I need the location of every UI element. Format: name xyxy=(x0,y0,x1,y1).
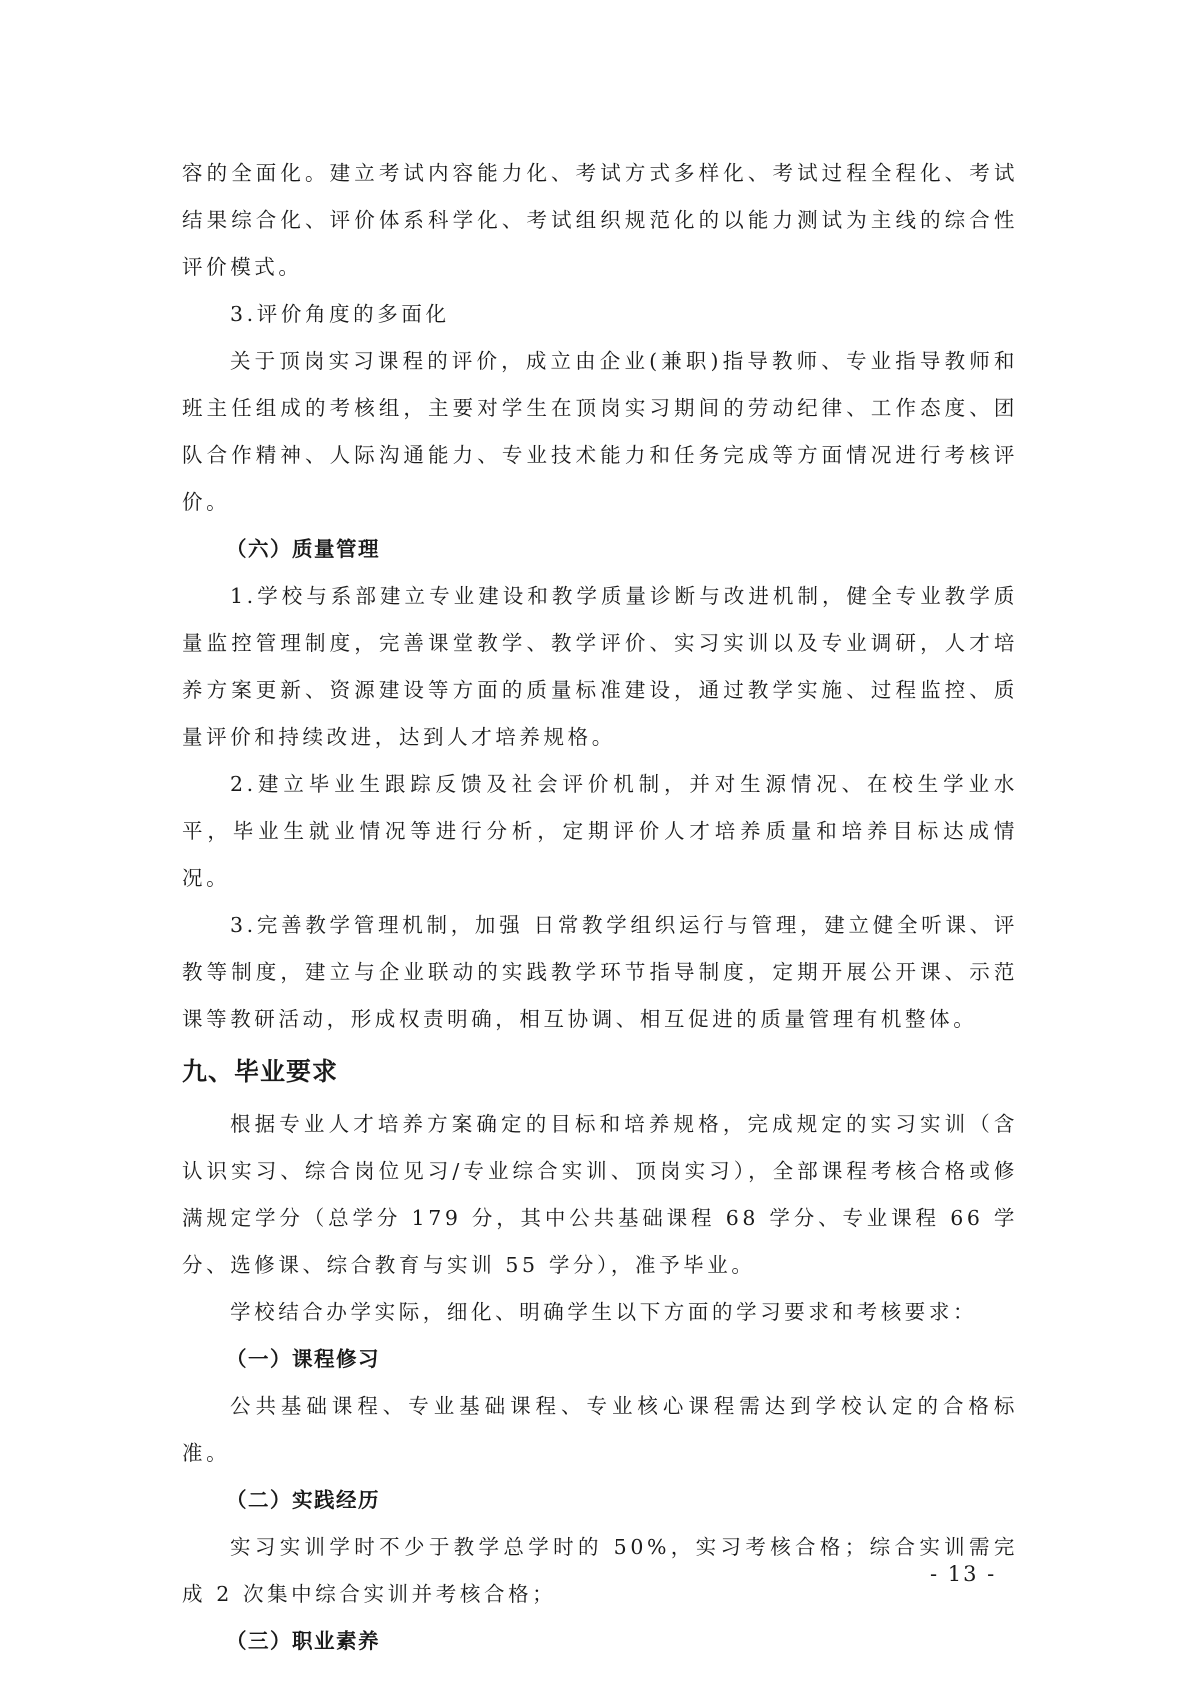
paragraph-coursework: 公共基础课程、专业基础课程、专业核心课程需达到学校认定的合格标准。 xyxy=(182,1383,1018,1477)
item-evaluation-perspective: 3.评价角度的多面化 xyxy=(182,291,1018,338)
paragraph-exam-evaluation-continued: 容的全面化。建立考试内容能力化、考试方式多样化、考试过程全程化、考试结果综合化、… xyxy=(182,150,1018,291)
subsection-heading-professional-quality: （三）职业素养 xyxy=(182,1618,1018,1665)
document-page: 容的全面化。建立考试内容能力化、考试方式多样化、考试过程全程化、考试结果综合化、… xyxy=(0,0,1191,1684)
paragraph-internship-evaluation: 关于顶岗实习课程的评价，成立由企业(兼职)指导教师、专业指导教师和班主任组成的考… xyxy=(182,338,1018,526)
page-number: - 13 - xyxy=(930,1562,1020,1586)
page-content: 容的全面化。建立考试内容能力化、考试方式多样化、考试过程全程化、考试结果综合化、… xyxy=(182,150,1018,1665)
paragraph-quality-1: 1.学校与系部建立专业建设和教学质量诊断与改进机制，健全专业教学质量监控管理制度… xyxy=(182,573,1018,761)
paragraph-requirements-intro: 学校结合办学实际，细化、明确学生以下方面的学习要求和考核要求： xyxy=(182,1289,1018,1336)
subsection-heading-practice: （二）实践经历 xyxy=(182,1477,1018,1524)
subsection-heading-coursework: （一）课程修习 xyxy=(182,1336,1018,1383)
paragraph-practice: 实习实训学时不少于教学总学时的 50%，实习考核合格；综合实训需完成 2 次集中… xyxy=(182,1524,1018,1618)
subsection-heading-quality-management: （六）质量管理 xyxy=(182,526,1018,573)
paragraph-quality-3: 3.完善教学管理机制，加强 日常教学组织运行与管理，建立健全听课、评教等制度，建… xyxy=(182,902,1018,1043)
section-heading-graduation-requirements: 九、毕业要求 xyxy=(182,1045,1018,1099)
paragraph-quality-2: 2.建立毕业生跟踪反馈及社会评价机制，并对生源情况、在校生学业水平，毕业生就业情… xyxy=(182,761,1018,902)
paragraph-graduation-credits: 根据专业人才培养方案确定的目标和培养规格，完成规定的实习实训（含认识实习、综合岗… xyxy=(182,1101,1018,1289)
